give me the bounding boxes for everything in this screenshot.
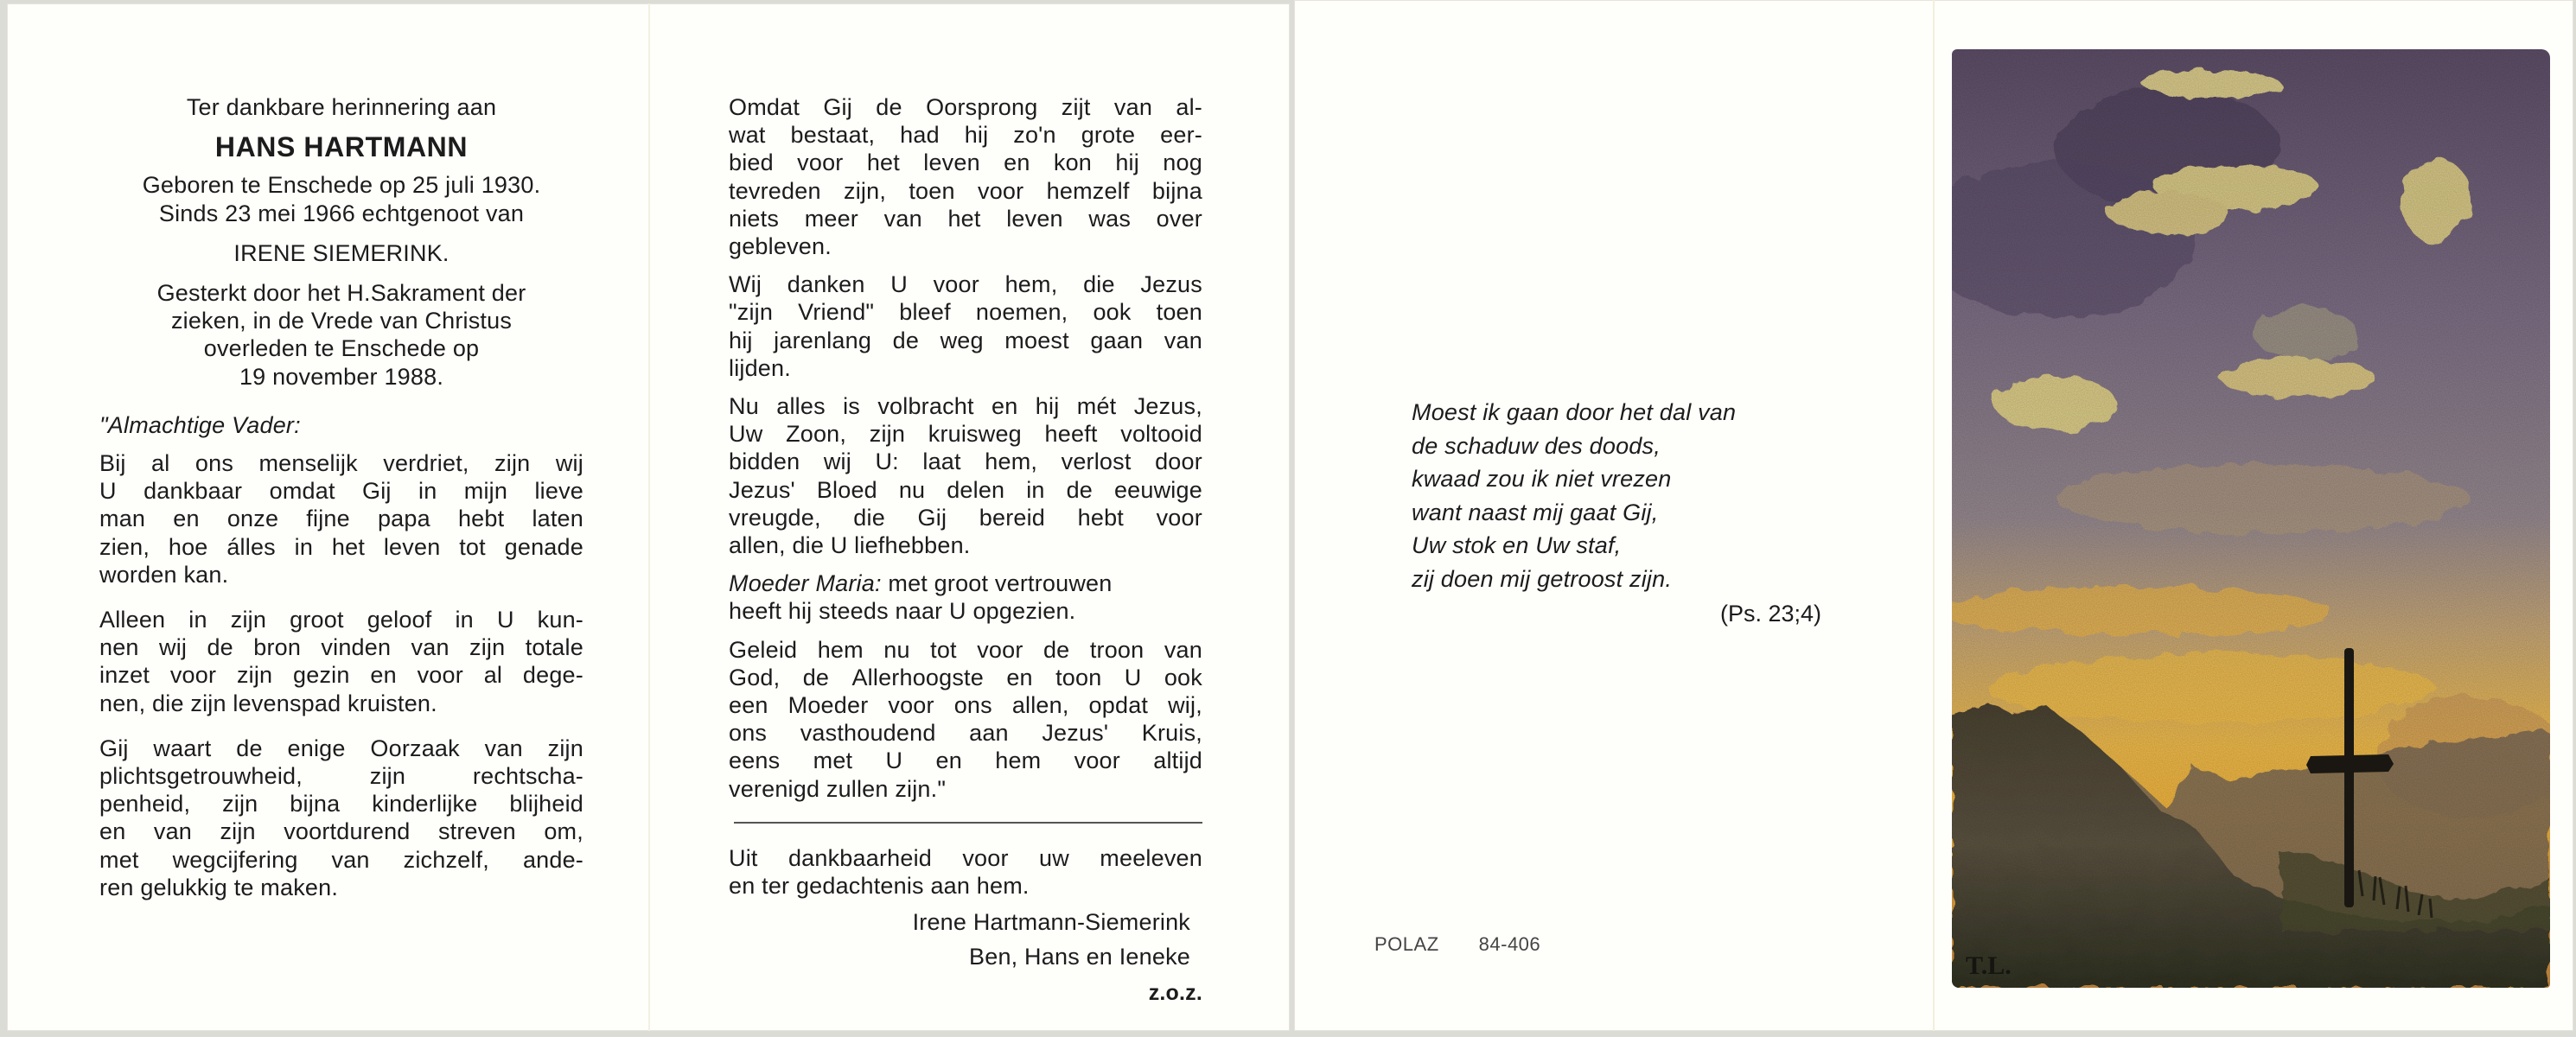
text-line: want naast mij gaat Gij, — [1412, 496, 1818, 530]
maria-paragraph: Moeder Maria: met groot vertrouwen heeft… — [729, 569, 1202, 625]
text-line: Uitdankbaarheidvooruwmeeleven — [729, 844, 1202, 872]
text-line: nietsmeervanhetlevenwasover — [729, 205, 1202, 232]
prayer-paragraph: OmdatGijdeOorsprongzijtvanal-watbestaat,… — [729, 93, 1202, 260]
text-line: watbestaat,hadhijzo'ngroteeer- — [729, 121, 1202, 149]
death-notice: Gesterkt door het H.Sakrament der zieken… — [99, 279, 583, 391]
text-line: eenMoedervooronsallen,opdatwij, — [729, 691, 1202, 719]
text-line: nenwijdebronvindenvanzijntotale — [99, 633, 583, 661]
divider-rule — [734, 822, 1202, 824]
deceased-name: HANS HARTMANN — [99, 133, 583, 161]
birth-marriage: Geboren te Enschede op 25 juli 1930. Sin… — [99, 171, 583, 226]
text-line: hijjarenlangdewegmoestgaanvan — [729, 327, 1202, 354]
prayer-paragraph: NuallesisvolbrachtenhijmétJezus,UwZoon,z… — [729, 392, 1202, 559]
text-line: biddenwijU:laathem,verlostdoor — [729, 448, 1202, 475]
text-line: AlleeninzijngrootgeloofinUkun- — [99, 606, 583, 633]
text-line: Bijalonsmenselijkverdriet,zijnwij — [99, 449, 583, 477]
text-line: nen, die zijn levenspad kruisten. — [99, 690, 583, 717]
text-line: Jezus'Bloednudelenindeeeuwige — [729, 476, 1202, 504]
text-line: biedvoorhetlevenenkonhijnog — [729, 149, 1202, 176]
text-line: tevredenzijn,toenvoorhemzelfbijna — [729, 177, 1202, 205]
text-line: zij doen mij getroost zijn. — [1412, 563, 1818, 596]
text-line: allen, die U liefhebben. — [729, 531, 1202, 559]
fold-line — [648, 3, 650, 1031]
text-line: kwaad zou ik niet vrezen — [1412, 462, 1818, 496]
painting-image: T.L. — [1952, 49, 2550, 988]
maria-label: Moeder Maria: — [729, 570, 882, 596]
memorial-card-inside: Ter dankbare herinnering aan HANS HARTMA… — [7, 3, 1290, 1031]
text-line: WijdankenUvoorhem,dieJezus — [729, 270, 1202, 298]
text-line: gebleven. — [729, 232, 1202, 260]
psalm-verse: Moest ik gaan door het dal vande schaduw… — [1412, 396, 1818, 595]
text-line: plichtsgetrouwheid,zijnrechtscha- — [99, 762, 583, 790]
text-line: "zijnVriend"bleefnoemen,ooktoen — [729, 298, 1202, 326]
text-line: en ter gedachtenis aan hem. — [729, 872, 1202, 900]
closing-paragraph: GeleidhemnutotvoordetroonvanGod,deAllerh… — [729, 636, 1202, 803]
turn-over-note: z.o.z. — [729, 979, 1202, 1007]
spouse-name: IRENE SIEMERINK. — [99, 239, 583, 267]
text-line: heeft hij steeds naar U opgezien. — [729, 597, 1202, 625]
text-line: metwegcijferingvanzichzelf,ande- — [99, 846, 583, 874]
thanks-note: Uitdankbaarheidvooruwmeelevenen ter geda… — [729, 844, 1202, 900]
product-code: 84-406 — [1479, 933, 1541, 955]
text-line: NuallesisvolbrachtenhijmétJezus, — [729, 392, 1202, 420]
text-line: lijden. — [729, 354, 1202, 382]
text-line: eensmetUenhemvooraltijd — [729, 747, 1202, 774]
family-signatures: Irene Hartmann-Siemerink Ben, Hans en Ie… — [729, 905, 1202, 974]
fold-line — [1933, 0, 1935, 1031]
text-line: Moest ik gaan door het dal van — [1412, 396, 1818, 429]
text-line: GijwaartdeenigeOorzaakvanzijn — [99, 735, 583, 762]
text-line: OmdatGijdeOorsprongzijtvanal- — [729, 93, 1202, 121]
text-line: verenigd zullen zijn." — [729, 775, 1202, 803]
text-line: inzetvoorzijngezinenvooraldege- — [99, 661, 583, 689]
text-line: God,deAllerhoogsteentoonUook — [729, 664, 1202, 691]
prayer-paragraph: Bijalonsmenselijkverdriet,zijnwijUdankba… — [99, 449, 583, 588]
printer-name: POLAZ — [1374, 933, 1439, 955]
text-line: ren gelukkig te maken. — [99, 874, 583, 901]
prayer-paragraph: WijdankenUvoorhem,dieJezus"zijnVriend"bl… — [729, 270, 1202, 382]
text-line: onsvasthoudendaanJezus'Kruis, — [729, 719, 1202, 747]
prayer-paragraph: GijwaartdeenigeOorzaakvanzijnplichtsgetr… — [99, 735, 583, 901]
artist-monogram: T.L. — [1966, 951, 2012, 980]
text-line: UdankbaaromdatGijinmijnlieve — [99, 477, 583, 505]
text-line: Geleidhemnutotvoordetroonvan — [729, 636, 1202, 664]
panel-obituary: Ter dankbare herinnering aan HANS HARTMA… — [99, 93, 583, 901]
prayer-opening: "Almachtige Vader: — [99, 411, 583, 439]
text-line: penheid,zijnbijnakinderlijkeblijheid — [99, 790, 583, 818]
watercolor-cross-painting: T.L. — [1952, 49, 2550, 988]
text-line: worden kan. — [99, 561, 583, 588]
text-line: envanzijnvoortdurendstrevenom, — [99, 818, 583, 845]
text-line: zien,hoeállesinhetleventotgenade — [99, 533, 583, 561]
text-line: vreugde,dieGijbereidhebtvoor — [729, 504, 1202, 531]
printer-imprint: POLAZ84-406 — [1374, 933, 1580, 956]
psalm-reference: (Ps. 23;4) — [1720, 601, 1821, 627]
text-line: Uw stok en Uw staf, — [1412, 529, 1818, 563]
text-line: de schaduw des doods, — [1412, 429, 1818, 463]
panel-prayer-continued: OmdatGijdeOorsprongzijtvanal-watbestaat,… — [729, 93, 1202, 1007]
text-line: UwZoon,zijnkruiswegheeftvoltooid — [729, 420, 1202, 448]
prayer-paragraph: AlleeninzijngrootgeloofinUkun-nenwijdebr… — [99, 606, 583, 717]
intro-line: Ter dankbare herinnering aan — [99, 93, 583, 121]
text-line: manenonzefijnepapahebtlaten — [99, 505, 583, 532]
